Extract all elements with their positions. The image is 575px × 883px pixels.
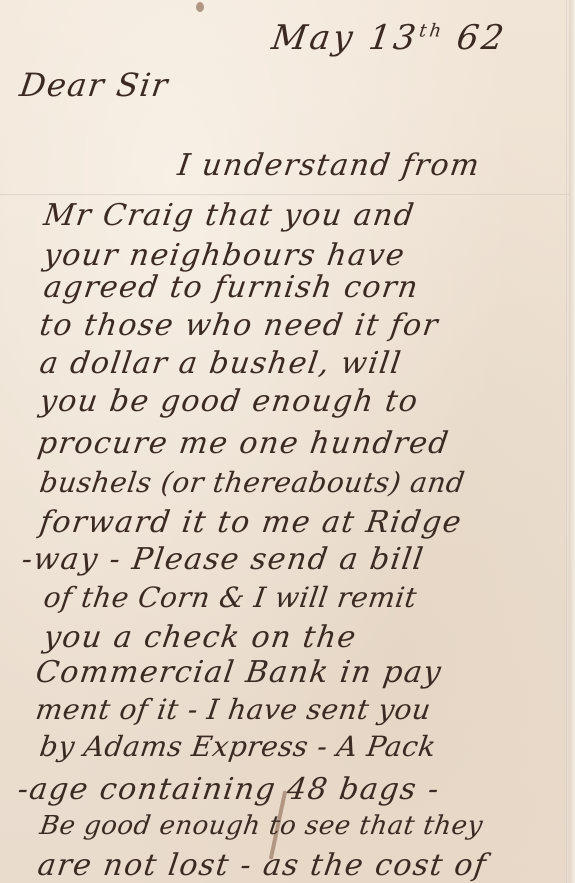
date-month-day: May 13 — [269, 18, 421, 58]
letter-line-8: procure me one hundred — [36, 426, 452, 461]
paper-edge — [569, 0, 575, 883]
letter-line-4: agreed to furnish corn — [42, 270, 422, 305]
letter-line-3: your neighbours have — [42, 238, 408, 273]
letter-line-16: by Adams Express - A Pack — [38, 730, 439, 763]
letter-date: May 13th 62 — [269, 18, 509, 58]
vertical-fold-line — [566, 0, 568, 883]
letter-line-2: Mr Craig that you and — [42, 198, 418, 233]
letter-line-1: I understand from — [176, 148, 483, 183]
letter-line-15: ment of it - I have sent you — [34, 693, 433, 726]
salutation: Dear Sir — [17, 66, 171, 104]
letter-line-17: -age containing 48 bags - — [16, 772, 443, 807]
letter-line-13: you a check on the — [42, 620, 360, 655]
date-year: 62 — [454, 18, 509, 58]
letter-line-9: bushels (or thereabouts) and — [38, 466, 467, 499]
letter-line-18: Be good enough to see that they — [38, 811, 485, 841]
letter-line-12: of the Corn & I will remit — [42, 581, 419, 614]
letter-line-19: are not lost - as the cost of — [36, 848, 490, 883]
date-suffix: th — [418, 21, 446, 42]
horizontal-fold-line — [0, 194, 575, 196]
ink-stain-top — [196, 2, 204, 12]
letter-line-7: you be good enough to — [38, 384, 421, 419]
letter-line-11: -way - Please send a bill — [20, 542, 427, 577]
letter-line-14: Commercial Bank in pay — [34, 655, 445, 690]
letter-line-6: a dollar a bushel, will — [38, 346, 405, 381]
letter-line-10: forward it to me at Ridge — [38, 505, 465, 540]
letter-line-5: to those who need it for — [38, 308, 442, 343]
